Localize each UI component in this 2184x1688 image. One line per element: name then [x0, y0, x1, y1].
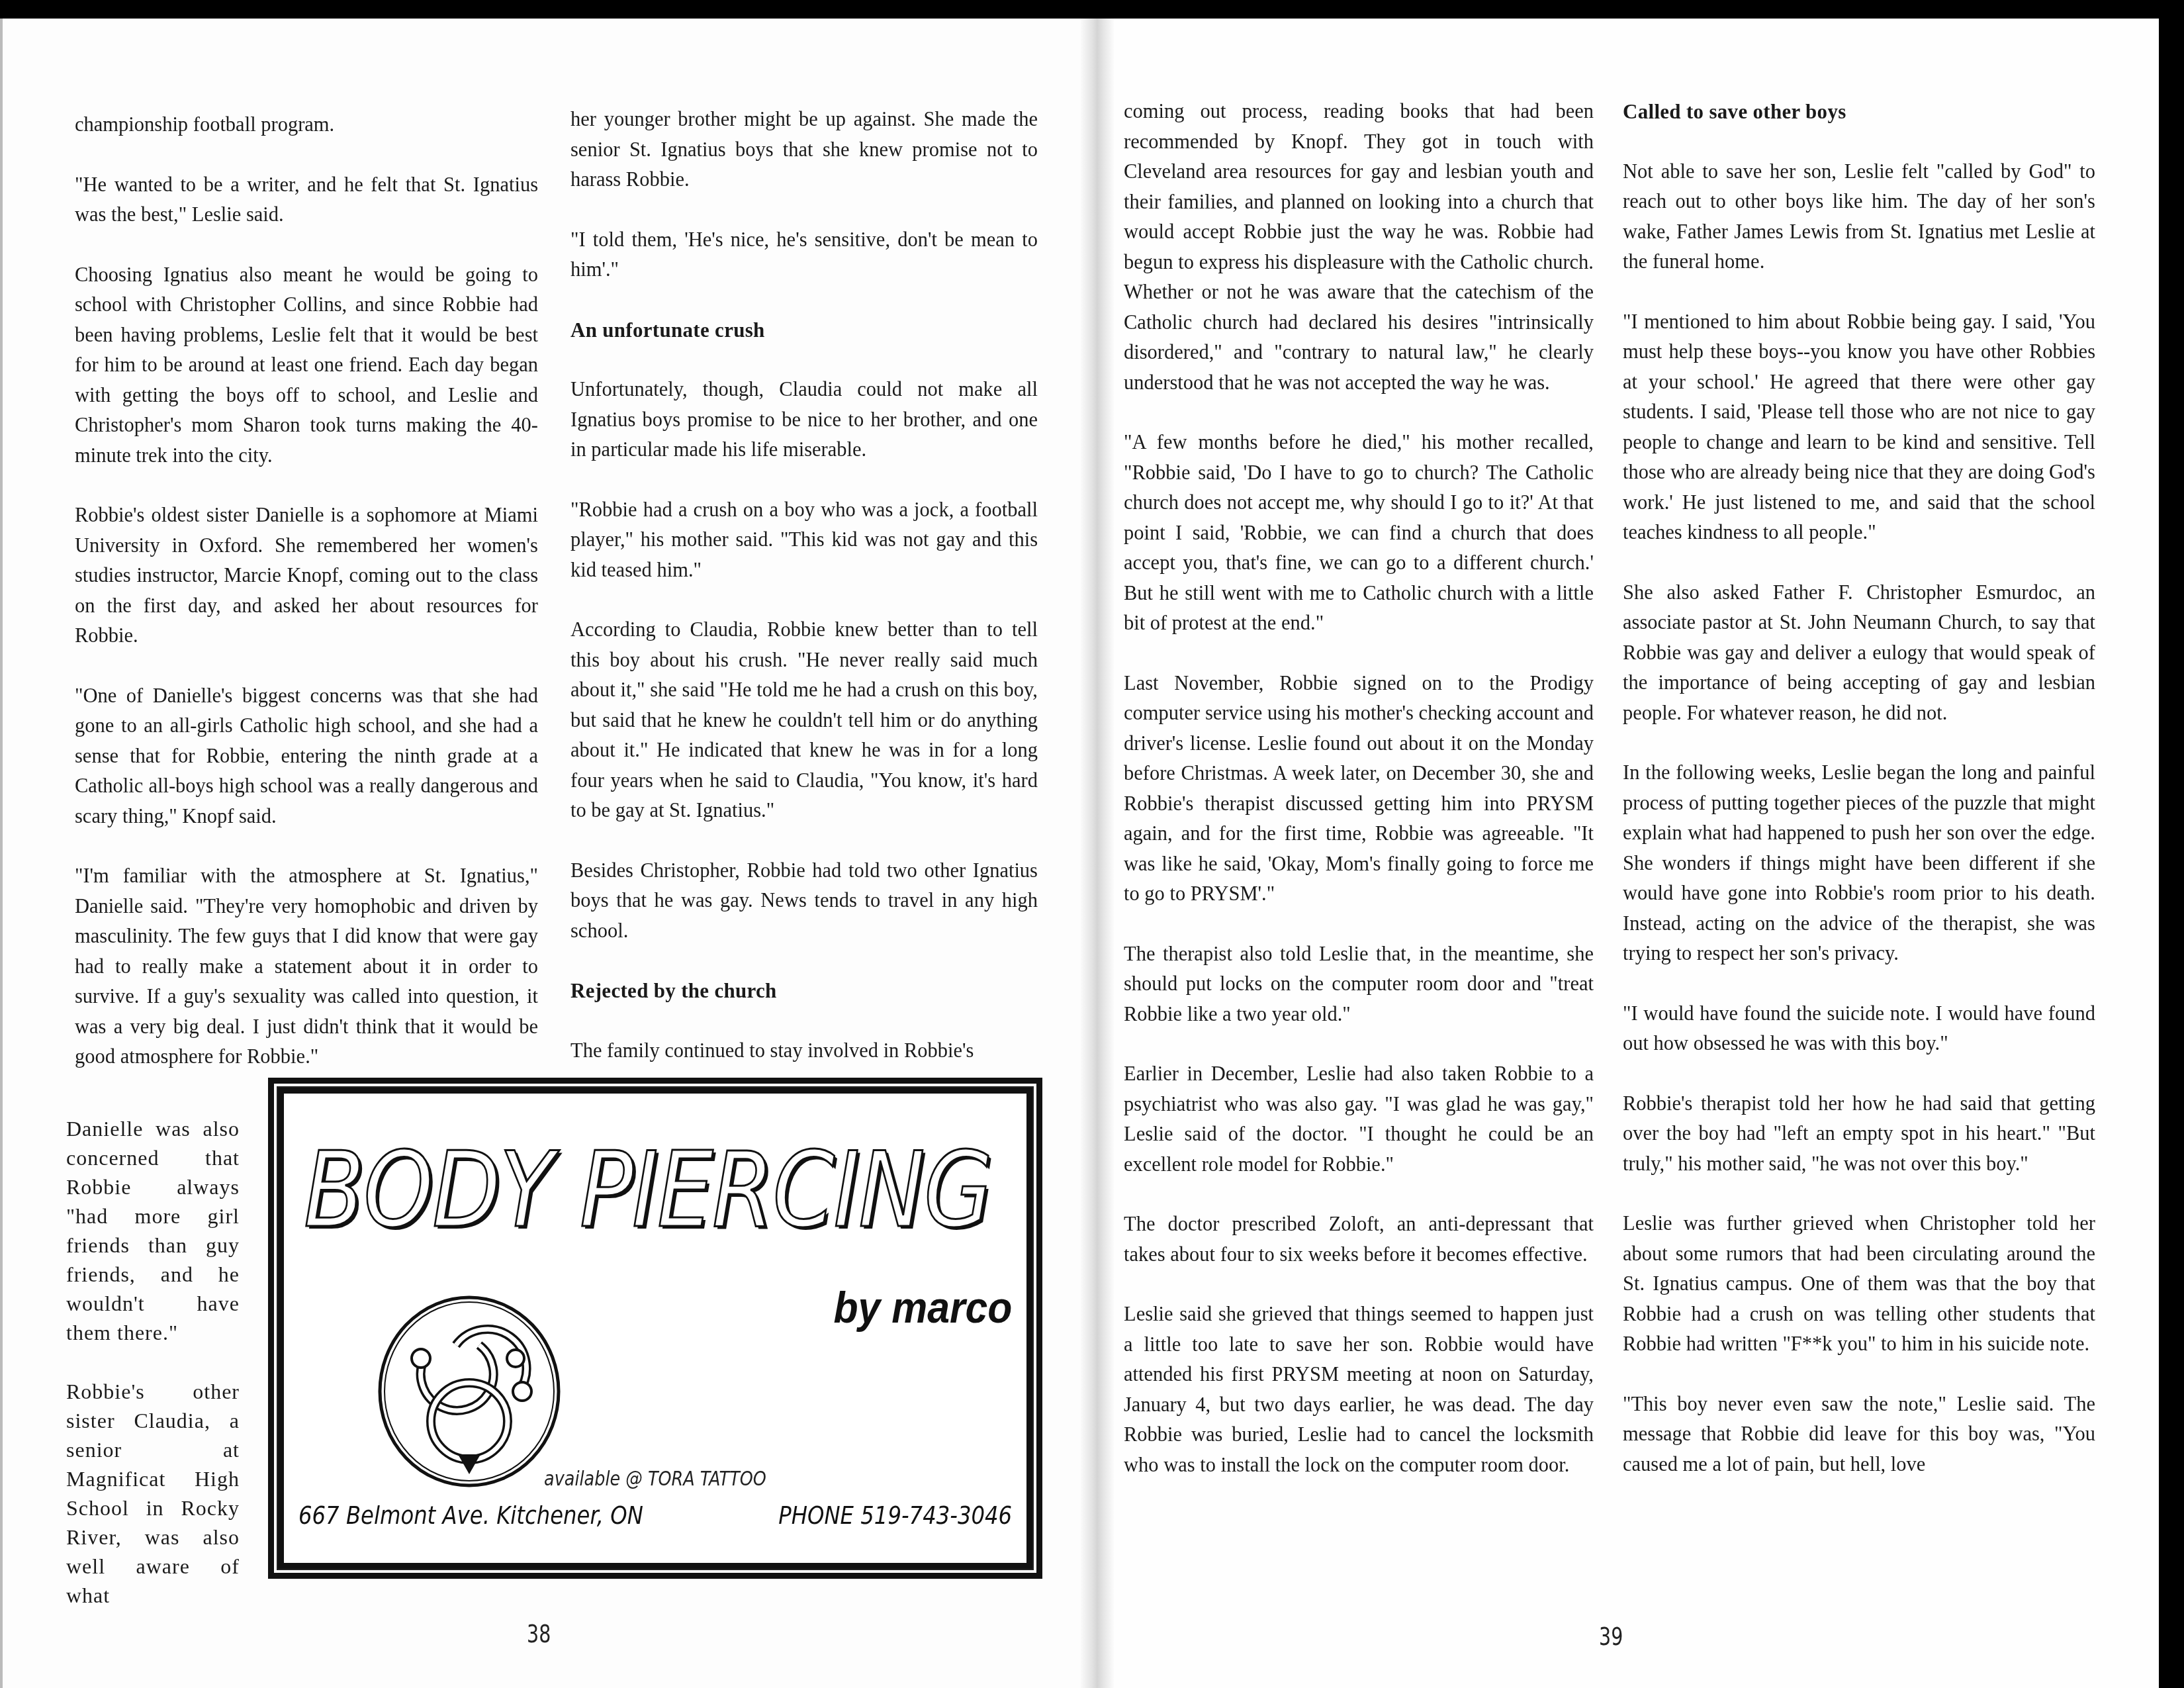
column-1: championship football program. "He wante… [75, 110, 538, 1102]
ad-byline: by marco [833, 1282, 1012, 1333]
paragraph: Earlier in December, Leslie had also tak… [1124, 1059, 1594, 1180]
paragraph: "This boy never even saw the note," Lesl… [1623, 1389, 2095, 1480]
page-number-left: 38 [527, 1619, 551, 1648]
paragraph: Robbie's other sister Claudia, a senior … [66, 1377, 240, 1610]
body-piercing-advertisement: BODY PIERCING by marco a [268, 1078, 1042, 1579]
piercing-rings-icon [373, 1292, 565, 1491]
paragraph: Leslie said she grieved that things seem… [1124, 1299, 1594, 1480]
book-spread: championship football program. "He wante… [0, 19, 2159, 1688]
paragraph: Danielle was also concerned that Robbie … [66, 1114, 240, 1347]
paragraph: "One of Danielle's biggest concerns was … [75, 681, 538, 832]
paragraph: The doctor prescribed Zoloft, an anti-de… [1124, 1209, 1594, 1270]
column-4: Called to save other boys Not able to sa… [1623, 97, 2095, 1509]
paragraph: Last November, Robbie signed on to the P… [1124, 669, 1594, 910]
ad-availability: available @ TORA TATTOO [340, 1468, 971, 1491]
paragraph: Unfortunately, though, Claudia could not… [570, 375, 1038, 465]
paragraph: Not able to save her son, Leslie felt "c… [1623, 157, 2095, 277]
paragraph: "I would have found the suicide note. I … [1623, 999, 2095, 1059]
section-heading: Rejected by the church [570, 976, 1038, 1006]
paragraph: "I mentioned to him about Robbie being g… [1623, 307, 2095, 548]
paragraph: Choosing Ignatius also meant he would be… [75, 260, 538, 471]
section-heading: An unfortunate crush [570, 315, 1038, 346]
paragraph: The family continued to stay involved in… [570, 1036, 1038, 1066]
paragraph: In the following weeks, Leslie began the… [1623, 758, 2095, 969]
section-heading: Called to save other boys [1623, 97, 2095, 127]
book-gutter [1081, 19, 1114, 1688]
column-2: her younger brother might be up against.… [570, 105, 1038, 1096]
page-number-right: 39 [1599, 1622, 1623, 1651]
paragraph: She also asked Father F. Christopher Esm… [1623, 578, 2095, 729]
paragraph: championship football program. [75, 110, 538, 140]
paragraph: her younger brother might be up against.… [570, 105, 1038, 195]
paragraph: The therapist also told Leslie that, in … [1124, 939, 1594, 1030]
paragraph: Leslie was further grieved when Christop… [1623, 1209, 2095, 1360]
paragraph: "I'm familiar with the atmosphere at St.… [75, 861, 538, 1072]
paragraph: "A few months before he died," his mothe… [1124, 428, 1594, 639]
paragraph: Robbie's oldest sister Danielle is a sop… [75, 500, 538, 651]
ad-title: BODY PIERCING [304, 1139, 907, 1242]
paragraph: Besides Christopher, Robbie had told two… [570, 856, 1038, 947]
paragraph: "He wanted to be a writer, and he felt t… [75, 170, 538, 230]
column-3: coming out process, reading books that h… [1124, 97, 1594, 1510]
paragraph: According to Claudia, Robbie knew better… [570, 615, 1038, 826]
ad-border-inner: BODY PIERCING by marco a [278, 1088, 1032, 1569]
paragraph: "Robbie had a crush on a boy who was a j… [570, 495, 1038, 586]
ad-phone: PHONE 519-743-3046 [778, 1501, 1012, 1530]
paragraph: coming out process, reading books that h… [1124, 97, 1594, 398]
column-1-narrow: Danielle was also concerned that Robbie … [66, 1114, 240, 1640]
paragraph: "I told them, 'He's nice, he's sensitive… [570, 225, 1038, 285]
paragraph: Robbie's therapist told her how he had s… [1623, 1089, 2095, 1180]
ad-address: 667 Belmont Ave. Kitchener, ON [298, 1501, 643, 1530]
